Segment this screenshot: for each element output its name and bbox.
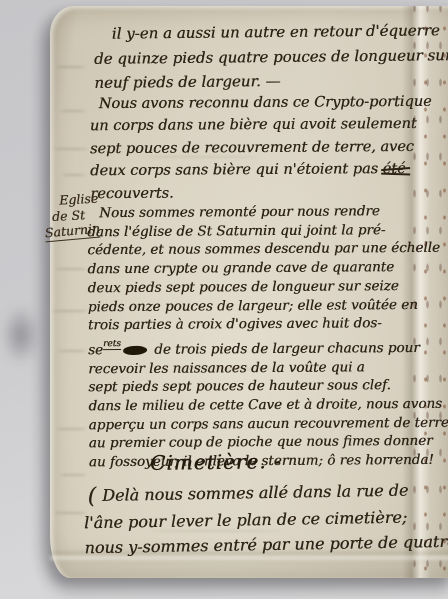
manuscript-photo: il y-en a aussi un autre en retour d'équ… (0, 0, 448, 599)
manuscript-line: dans le milieu de cette Cave et à droite… (88, 395, 448, 416)
manuscript-line: deux pieds sept pouces de longueur sur s… (88, 277, 448, 298)
backdrop-stain (2, 305, 40, 365)
inserted-word: rets (103, 339, 121, 350)
paragraph-1: il y-en a aussi un autre en retour d'équ… (94, 18, 448, 95)
manuscript-line: pieds onze pouces de largeur; elle est v… (88, 295, 448, 316)
manuscript-line: dans l'église de St Saturnin qui joint l… (87, 220, 448, 241)
manuscript-page: il y-en a aussi un autre en retour d'équ… (50, 6, 448, 578)
manuscript-line: serets de trois pieds de largeur chacuns… (88, 333, 448, 360)
manuscript-line: sept pieds sept pouces de hauteur sous c… (88, 376, 448, 397)
manuscript-line: un corps dans une bière qui avoit seulem… (90, 113, 432, 138)
paragraph-3: Nous sommes remonté pour nous rendre dan… (87, 202, 448, 472)
line-text: de trois pieds de largeur chacuns pour (150, 340, 420, 358)
manuscript-line: apperçu un corps sans aucun recouvrement… (89, 413, 448, 434)
manuscript-line: de quinze pieds quatre pouces de longueu… (94, 43, 448, 71)
manuscript-line: il y-en a aussi un autre en retour d'équ… (94, 18, 448, 46)
paragraph-4: (Delà nous sommes allé dans la rue de l'… (83, 477, 448, 561)
manuscript-line: cédente, et nous sommes descendu par une… (87, 239, 448, 260)
line-text: Delà nous sommes allé dans la rue de (102, 481, 408, 505)
line-text: se (88, 342, 103, 358)
manuscript-line: trois parties à croix d'ogives avec huit… (88, 314, 448, 335)
section-heading: Cimetière. - (150, 449, 282, 475)
manuscript-line: dans une crypte ou grande cave de quaran… (87, 258, 448, 279)
manuscript-line: Nous avons reconnu dans ce Crypto-portiq… (90, 91, 432, 116)
line-text: deux corps sans bière qui n'étoient pas (90, 161, 383, 179)
ink-blot (123, 345, 147, 355)
manuscript-line: recevoir les naissances de la voûte qui … (88, 357, 448, 378)
paragraph-2: Nous avons reconnu dans ce Crypto-portiq… (90, 91, 433, 205)
manuscript-line: deux corps sans bière qui n'étoient pas … (90, 158, 432, 183)
manuscript-line: Nous sommes remonté pour nous rendre (87, 202, 448, 223)
strikethrough-word: été (383, 158, 406, 181)
paragraph-mark: ( (87, 484, 96, 509)
manuscript-line: sept pouces de recouvrement de terre, av… (90, 136, 432, 161)
